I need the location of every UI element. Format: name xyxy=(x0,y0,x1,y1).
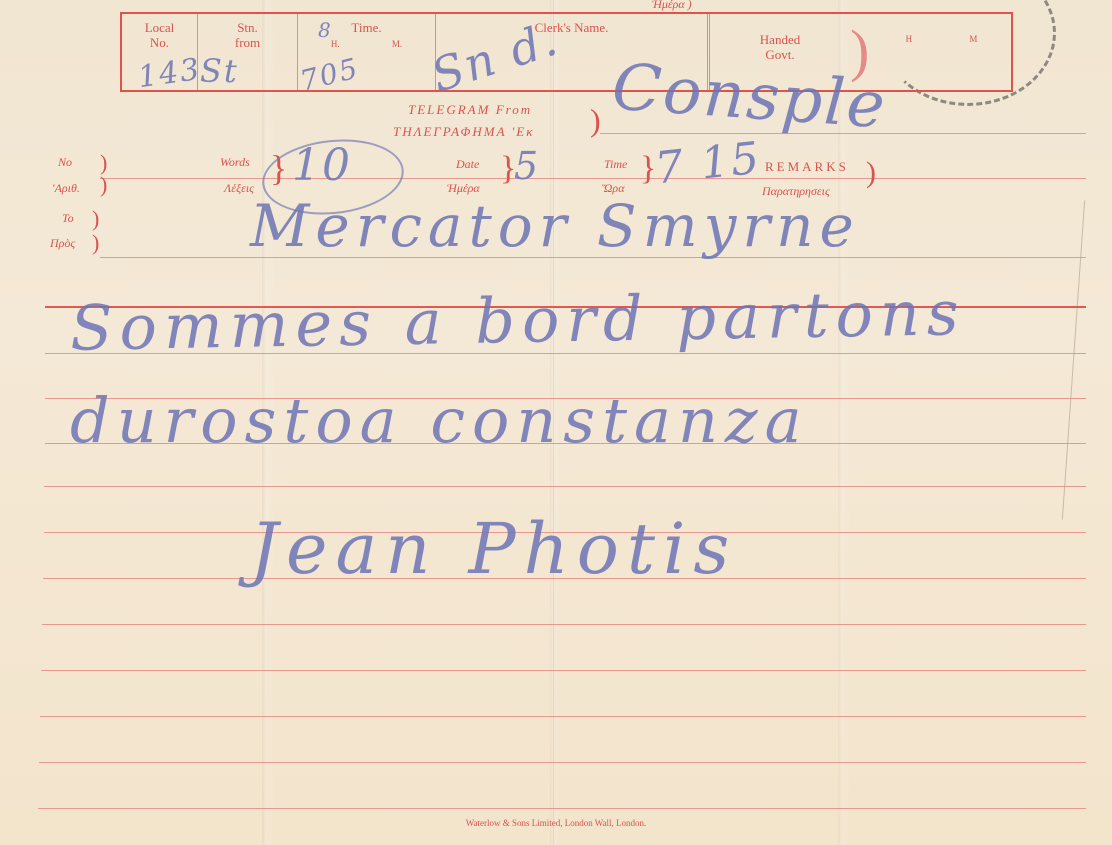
printer-imprint: Waterlow & Sons Limited, London Wall, Lo… xyxy=(0,818,1112,828)
clerks-name-label: Clerk's Name. xyxy=(436,20,707,35)
handwritten-words-value: 10 xyxy=(292,140,352,191)
stn-label: Stn. xyxy=(198,20,297,35)
handed-m-label: M xyxy=(969,34,977,44)
message-line-2: durostoa constanza xyxy=(70,384,809,457)
no-label: No. xyxy=(122,35,197,50)
message-bottom-rule xyxy=(38,808,1086,809)
no-brace: ) xyxy=(100,174,107,196)
handwritten-date-value: 5 xyxy=(514,144,540,188)
to-brace: ) xyxy=(92,232,99,254)
handed-label: Handed xyxy=(710,32,850,47)
telegram-from-label-greek: ΤΗΛΕΓΡΑΦΗΜΑ 'Εκ xyxy=(393,125,534,139)
telegram-from-label: TELEGRAM From xyxy=(408,103,532,117)
fields-rule xyxy=(100,178,1086,179)
message-rule xyxy=(44,486,1086,487)
handed-h-label: H xyxy=(906,34,913,44)
words-label: Words xyxy=(220,155,250,169)
top-partial-label: Ἡμέρα ) xyxy=(652,0,692,11)
message-line-1: Sommes a bord partons xyxy=(69,276,966,365)
date-label: Date xyxy=(456,157,479,171)
from-label: from xyxy=(198,35,297,50)
time-m-label: M. xyxy=(392,39,402,49)
handwritten-stn-from: St xyxy=(200,52,239,90)
message-rule xyxy=(39,762,1086,763)
remarks-label: REMARKS xyxy=(765,160,849,174)
message-rule xyxy=(41,670,1086,671)
to-brace: ) xyxy=(92,208,99,230)
message-rule xyxy=(40,716,1086,717)
header-handed-time: H M xyxy=(872,14,1011,90)
message-signature: Jean Photis xyxy=(250,508,737,590)
from-rule xyxy=(600,133,1086,134)
to-label-greek: Πρὸς xyxy=(50,236,75,250)
no-label: No xyxy=(58,155,72,169)
no-label-greek: 'Αριθ. xyxy=(52,181,80,195)
to-label: To xyxy=(62,211,74,225)
handwritten-time-h: 8 xyxy=(318,18,333,42)
local-label: Local xyxy=(122,20,197,35)
remarks-brace: ) xyxy=(866,158,876,188)
time-label: Time xyxy=(604,157,627,171)
handwritten-to-value: Mercator Smyrne xyxy=(250,192,860,260)
no-brace: ) xyxy=(100,152,107,174)
message-rule xyxy=(42,624,1086,625)
from-brace: ) xyxy=(590,104,601,136)
